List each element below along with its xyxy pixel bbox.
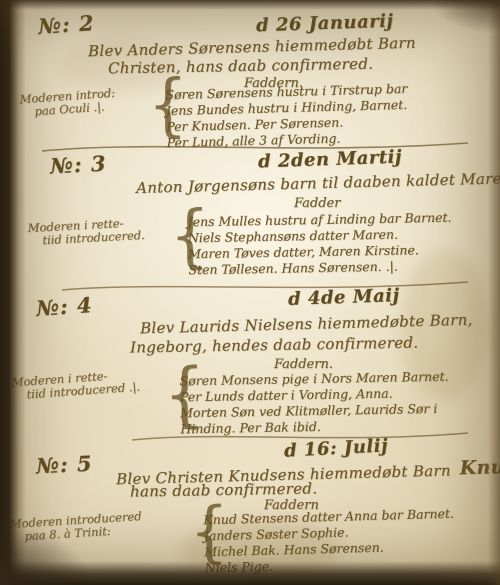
entry-date: d 26 Januarij — [256, 11, 394, 37]
entry-body-line: Ingeborg, hendes daab confirmered. — [130, 333, 419, 356]
godparents-heading: Fadder — [294, 196, 340, 211]
entry-number: №: 2 — [37, 10, 95, 39]
godparent-line: Sten Tøllesen. Hans Sørensen. .|. — [188, 258, 452, 279]
entry-date: d 2den Martij — [258, 146, 403, 172]
godparents-heading: Faddern. — [274, 357, 333, 372]
entry-number: №: 3 — [49, 151, 107, 179]
margin-note: Moderen i rette- tiid introducered. — [27, 216, 145, 248]
page-edge-right — [488, 0, 500, 585]
margin-note: Moderen i rette- tiid introducered .|. — [11, 368, 140, 403]
margin-note-line: paa Oculi .|. — [34, 100, 116, 119]
dark-corner-bottom-left — [0, 525, 90, 585]
entry-body-line: Blev Laurids Nielsens hiemmedøbte Barn, — [140, 311, 473, 338]
margin-note: Moderen introd: paa Oculi .|. — [19, 87, 116, 120]
entry-number: №: 5 — [35, 451, 93, 479]
godparent-line: Hinding. Per Bak ibid. — [180, 417, 449, 438]
page-edge-top — [0, 0, 500, 10]
dark-corner-top-right — [430, 0, 500, 34]
separator-flourish — [60, 278, 470, 296]
entry-number: №: 4 — [35, 292, 93, 321]
margin-note-line: tiid introducered. — [42, 229, 145, 247]
godparent-list: Jens Mulles hustru af Linding bar Barnet… — [187, 210, 452, 279]
godparent-list: Søren Monsens pige i Nors Maren Barnet. … — [179, 369, 449, 438]
entry-date: d 16: Julij — [284, 435, 389, 461]
entry-body-line: Anton Jørgensøns barn til daaben kaldet … — [136, 169, 500, 197]
entry-date: d 4de Maij — [288, 285, 400, 310]
manuscript-page: №: 2 d 26 Januarij Blev Anders Sørensens… — [0, 0, 500, 585]
book-binding-edge — [0, 0, 26, 585]
godparent-list: Søren Sørensens hustru i Tirstrup bar Je… — [165, 81, 409, 151]
